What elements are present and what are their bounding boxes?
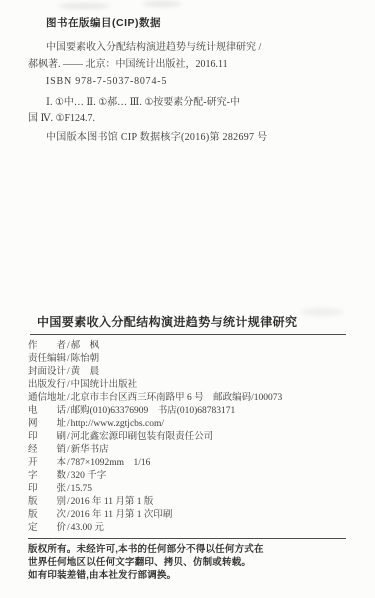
- copyright-notice-line: 如有印装差错,由本社发行部调换。: [28, 569, 264, 582]
- row-label: 字 数: [28, 470, 66, 483]
- row-value: 2016 年 11 月第 1 次印刷: [71, 509, 173, 522]
- colophon-row-address: 通信地址/北京市丰台区西三环南路甲 6 号 邮政编码/100073: [28, 392, 358, 405]
- row-value: 43.00 元: [71, 522, 104, 535]
- colophon-row-editor: 责任编辑/陈怡朝: [28, 353, 358, 366]
- row-value: 北京市丰台区西三环南路甲 6 号 邮政编码/100073: [71, 392, 283, 405]
- title-divider-rule: [30, 334, 346, 335]
- cip-classification-line: 国 Ⅳ. ①F124.7.: [28, 111, 240, 127]
- scan-artifact: [300, 308, 344, 316]
- notice-divider-rule: [28, 538, 346, 539]
- colophon-row-sheets: 印 张/15.75: [28, 483, 358, 496]
- cip-title-statement-line: 中国要素收入分配结构演进趋势与统计规律研究 /: [28, 39, 261, 56]
- scan-artifact: [142, 1, 182, 7]
- row-value: 新华书店: [71, 444, 109, 457]
- colophon-table: 作 者/郝 枫 责任编辑/陈怡朝 封面设计/黄 晨 出版发行/中国统计出版社 通…: [28, 340, 358, 535]
- row-label: 经 销: [28, 444, 66, 457]
- copyright-notice-line: 版权所有。未经许可,本书的任何部分不得以任何方式在: [28, 543, 264, 556]
- cip-catalog-paragraph: 中国要素收入分配结构演进趋势与统计规律研究 / 郝枫著. —— 北京：中国统计出…: [28, 39, 261, 90]
- row-label: 开 本: [28, 457, 66, 470]
- row-label: 责任编辑: [28, 353, 66, 366]
- row-label: 通信地址: [28, 392, 66, 405]
- row-label: 印 张: [28, 483, 66, 496]
- colophon-row-website: 网 址/http://www.zgtjcbs.com/: [28, 418, 358, 431]
- row-label: 版 次: [28, 509, 66, 522]
- colophon-row-price: 定 价/43.00 元: [28, 522, 358, 535]
- colophon-row-printer: 印 刷/河北鑫宏源印刷包装有限责任公司: [28, 431, 358, 444]
- cip-record-number: 中国版本图书馆 CIP 数据核字(2016)第 282697 号: [46, 128, 267, 143]
- colophon-row-cover-design: 封面设计/黄 晨: [28, 366, 358, 379]
- colophon-row-phone: 电 话/邮购(010)63376909 书店(010)68783171: [28, 405, 358, 418]
- colophon-row-printing: 版 次/2016 年 11 月第 1 次印刷: [28, 509, 358, 522]
- row-value: 320 千字: [71, 470, 107, 483]
- row-label: 印 刷: [28, 431, 66, 444]
- row-value: 15.75: [71, 483, 92, 496]
- row-value: 郝 枫: [71, 340, 100, 353]
- isbn-line: ISBN 978-7-5037-8074-5: [28, 73, 261, 90]
- row-value: 陈怡朝: [71, 353, 100, 366]
- cip-classification-line: Ⅰ. ①中… Ⅱ. ①郝… Ⅲ. ①按要素分配-研究-中: [28, 95, 240, 111]
- copyright-page: 图书在版编目(CIP)数据 中国要素收入分配结构演进趋势与统计规律研究 / 郝枫…: [0, 0, 375, 598]
- colophon-row-edition: 版 别/2016 年 11 月第 1 版: [28, 496, 358, 509]
- copyright-notice-line: 世界任何地区以任何文字翻印、拷贝、仿制或转载。: [28, 556, 264, 569]
- row-label: 电 话: [28, 405, 66, 418]
- row-value: http://www.zgtjcbs.com/: [71, 418, 164, 431]
- colophon-row-format: 开 本/787×1092mm 1/16: [28, 457, 358, 470]
- cip-heading: 图书在版编目(CIP)数据: [46, 15, 161, 30]
- row-label: 出版发行: [28, 379, 66, 392]
- copyright-notice: 版权所有。未经许可,本书的任何部分不得以任何方式在 世界任何地区以任何文字翻印、…: [28, 543, 264, 582]
- row-value: 787×1092mm 1/16: [71, 457, 151, 470]
- row-label: 定 价: [28, 522, 66, 535]
- row-value: 邮购(010)63376909 书店(010)68783171: [71, 405, 236, 418]
- row-label: 作 者: [28, 340, 66, 353]
- colophon-row-word-count: 字 数/320 千字: [28, 470, 358, 483]
- row-label: 网 址: [28, 418, 66, 431]
- row-value: 中国统计出版社: [71, 379, 138, 392]
- colophon-row-publisher: 出版发行/中国统计出版社: [28, 379, 358, 392]
- colophon-row-distributor: 经 销/新华书店: [28, 444, 358, 457]
- colophon-row-author: 作 者/郝 枫: [28, 340, 358, 353]
- scan-artifact: [58, 3, 110, 9]
- row-label: 版 别: [28, 496, 66, 509]
- book-title: 中国要素收入分配结构演进趋势与统计规律研究: [37, 313, 297, 330]
- row-label: 封面设计: [28, 366, 66, 379]
- row-value: 黄 晨: [71, 366, 100, 379]
- row-value: 河北鑫宏源印刷包装有限责任公司: [71, 431, 214, 444]
- cip-publisher-line: 郝枫著. —— 北京：中国统计出版社，2016.11: [28, 56, 261, 73]
- row-value: 2016 年 11 月第 1 版: [71, 496, 154, 509]
- cip-classification: Ⅰ. ①中… Ⅱ. ①郝… Ⅲ. ①按要素分配-研究-中 国 Ⅳ. ①F124.…: [28, 95, 240, 126]
